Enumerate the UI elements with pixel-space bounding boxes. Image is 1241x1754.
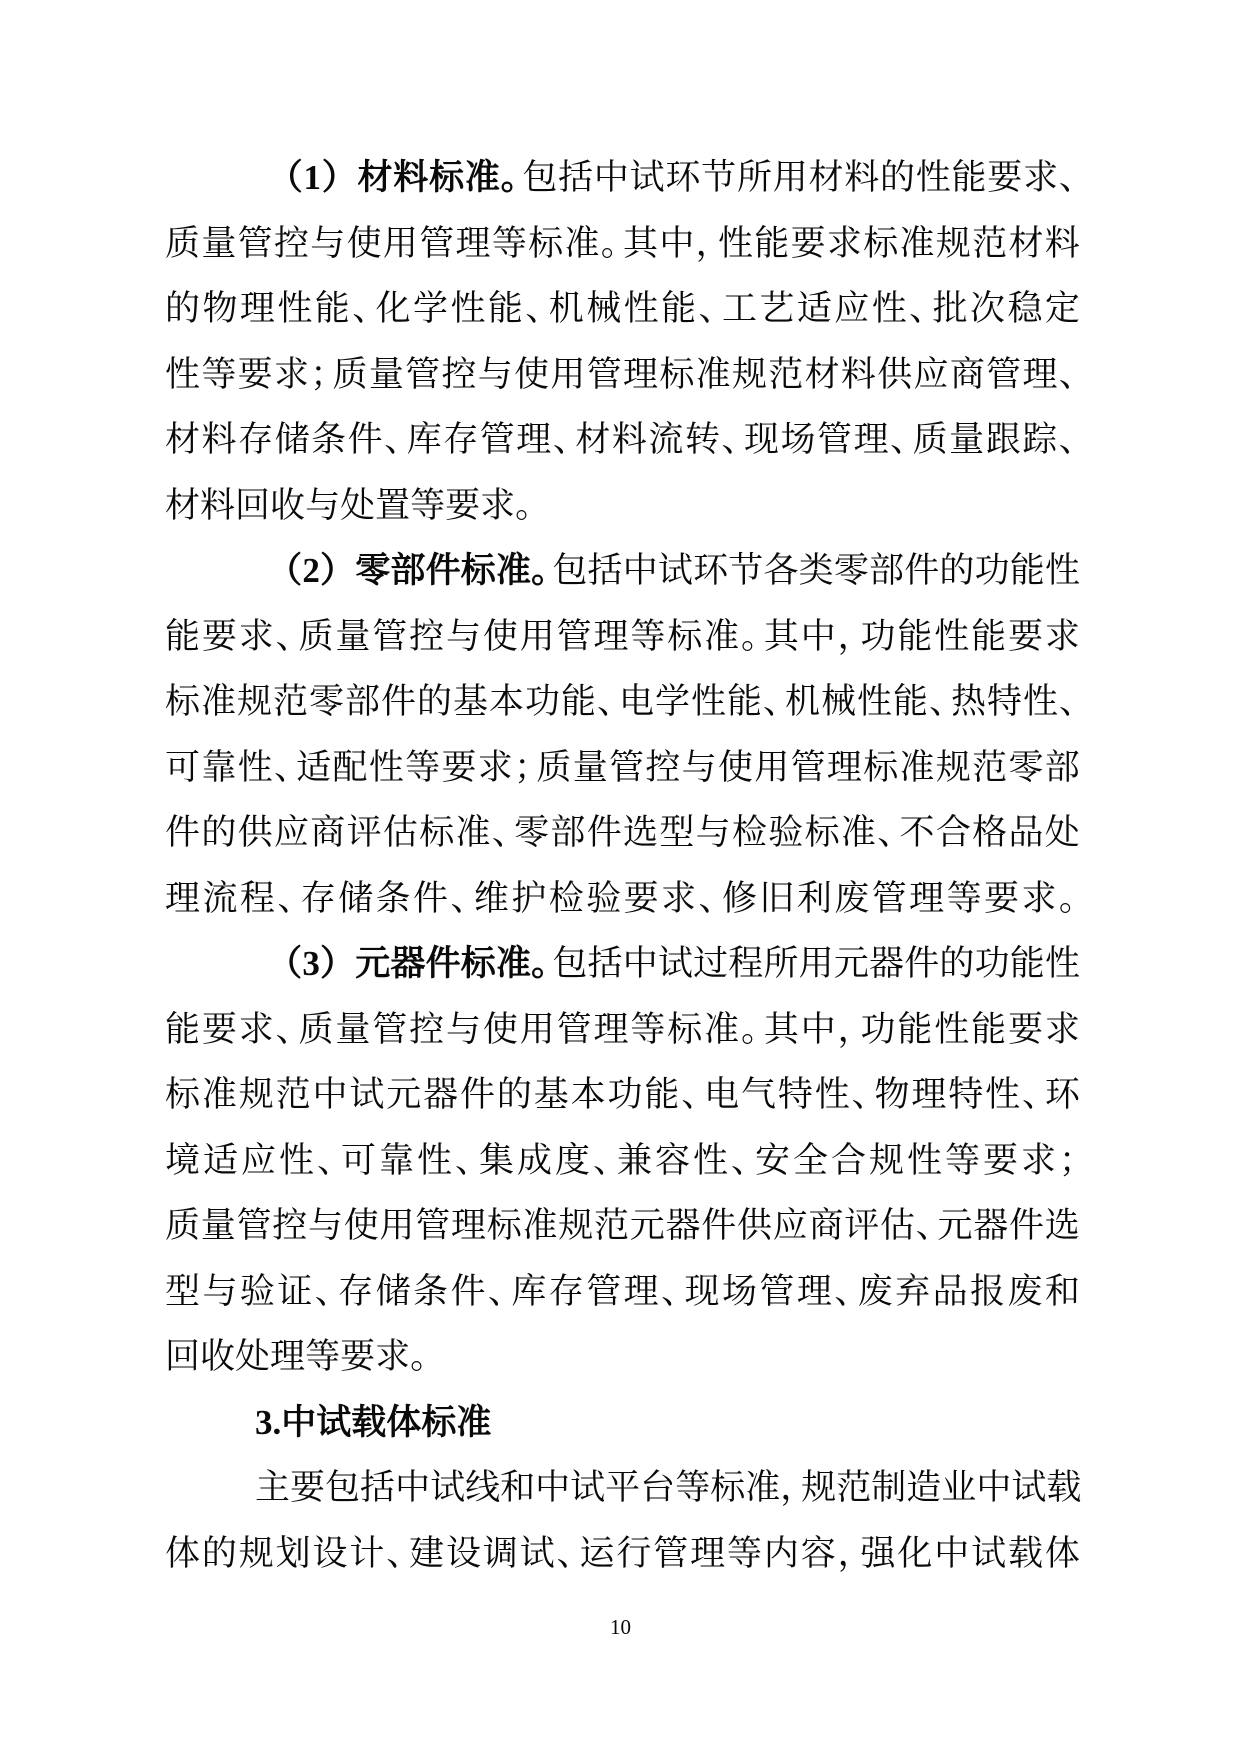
text-block: （1）材料标准。包括中试环节所用材料的性能要求、质量管控与使用管理等标准。其中，… — [165, 145, 1080, 1586]
text-line: 材料存储条件、库存管理、材料流转、现场管理、质量跟踪、 — [165, 407, 1080, 473]
text-line: 型与验证、存储条件、库存管理、现场管理、废弃品报废和 — [165, 1259, 1080, 1325]
text-line: 性等要求；质量管控与使用管理标准规范材料供应商管理、 — [165, 342, 1080, 408]
text-line: 理流程、存储条件、维护检验要求、修旧利废管理等要求。 — [165, 866, 1080, 932]
text-line: 材料回收与处置等要求。 — [165, 473, 1080, 539]
page-number: 10 — [0, 1615, 1241, 1640]
text-line: 件的供应商评估标准、零部件选型与检验标准、不合格品处 — [165, 800, 1080, 866]
text-line: 能要求、质量管控与使用管理等标准。其中，功能性能要求 — [165, 997, 1080, 1063]
text-line: 标准规范中试元器件的基本功能、电气特性、物理特性、环 — [165, 1062, 1080, 1128]
text-line: 主要包括中试线和中试平台等标准，规范制造业中试载 — [165, 1455, 1080, 1521]
first-line-indent — [165, 963, 267, 964]
first-line-indent — [165, 177, 267, 178]
text-line: 境适应性、可靠性、集成度、兼容性、安全合规性等要求； — [165, 1128, 1080, 1194]
text-line: 可靠性、适配性等要求；质量管控与使用管理标准规范零部 — [165, 735, 1080, 801]
text-line: 能要求、质量管控与使用管理等标准。其中，功能性能要求 — [165, 604, 1080, 670]
first-line-indent — [165, 1487, 255, 1488]
text-line: 的物理性能、化学性能、机械性能、工艺适应性、批次稳定 — [165, 276, 1080, 342]
text-line: （3）元器件标准。包括中试过程所用元器件的功能性 — [165, 931, 1080, 997]
text-line: 标准规范零部件的基本功能、电学性能、机械性能、热特性、 — [165, 669, 1080, 735]
text-line: （2）零部件标准。包括中试环节各类零部件的功能性 — [165, 538, 1080, 604]
heading-line: 3.中试载体标准 — [165, 1390, 1080, 1456]
first-line-indent — [165, 1422, 255, 1423]
first-line-indent — [165, 570, 267, 571]
text-line: 体的规划设计、建设调试、运行管理等内容，强化中试载体 — [165, 1521, 1080, 1587]
text-line: 质量管控与使用管理等标准。其中，性能要求标准规范材料 — [165, 211, 1080, 277]
text-line: 质量管控与使用管理标准规范元器件供应商评估、元器件选 — [165, 1193, 1080, 1259]
text-line: （1）材料标准。包括中试环节所用材料的性能要求、 — [165, 145, 1080, 211]
text-line: 回收处理等要求。 — [165, 1324, 1080, 1390]
document-page: （1）材料标准。包括中试环节所用材料的性能要求、质量管控与使用管理等标准。其中，… — [0, 0, 1241, 1754]
